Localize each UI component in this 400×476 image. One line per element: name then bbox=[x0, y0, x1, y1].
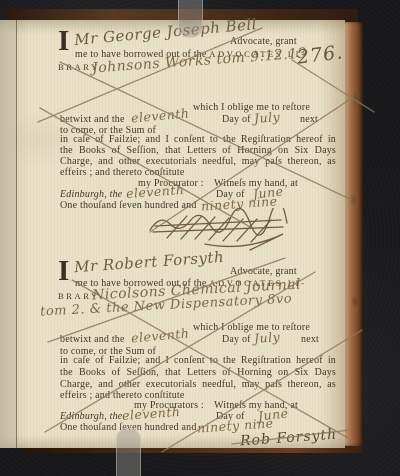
ledger-page: 276. I Mr George Joseph Bell Advocate, g… bbox=[0, 20, 345, 448]
tattered-page-edge bbox=[345, 22, 363, 446]
drop-cap: I bbox=[58, 258, 70, 284]
printed-oblige: which I oblige me to reſtore bbox=[193, 322, 310, 334]
printed-next: next bbox=[301, 334, 319, 346]
transparent-holding-tab-top bbox=[178, 0, 203, 38]
return-month-handwritten: July bbox=[254, 329, 281, 346]
photographed-ledger-page: { "meta": { "folio_number": "276." }, "c… bbox=[0, 0, 400, 476]
return-day-handwritten: eleventh bbox=[130, 105, 189, 125]
signed-day-handwritten: eleventh bbox=[126, 182, 185, 201]
printed-oblige: which I oblige me to reſtore bbox=[193, 102, 310, 114]
borrower-name-handwritten: Mr Robert Forsyth bbox=[74, 248, 225, 276]
return-month-handwritten: July bbox=[254, 109, 281, 126]
transparent-holding-tab-bottom bbox=[116, 428, 141, 476]
printed-failzie-1: in caſe of Failzie; and I conſent to the… bbox=[60, 355, 336, 367]
year-value-handwritten: ninety nine bbox=[201, 193, 278, 213]
printed-day-of: Day of bbox=[222, 114, 251, 126]
drop-cap: I bbox=[58, 28, 70, 54]
printed-next: next bbox=[300, 114, 318, 126]
signed-day-handwritten: eleventh bbox=[122, 404, 181, 423]
page-gutter-fold bbox=[0, 20, 17, 448]
return-day-handwritten: eleventh bbox=[130, 325, 189, 345]
printed-failzie-2: the Books of Seſſion, that Letters of Ho… bbox=[60, 367, 336, 379]
printed-day-of: Day of bbox=[222, 334, 251, 346]
printed-betwixt: betwixt and the bbox=[60, 334, 125, 346]
printed-year-line: One thouſand ſeven hundred and bbox=[60, 200, 197, 212]
